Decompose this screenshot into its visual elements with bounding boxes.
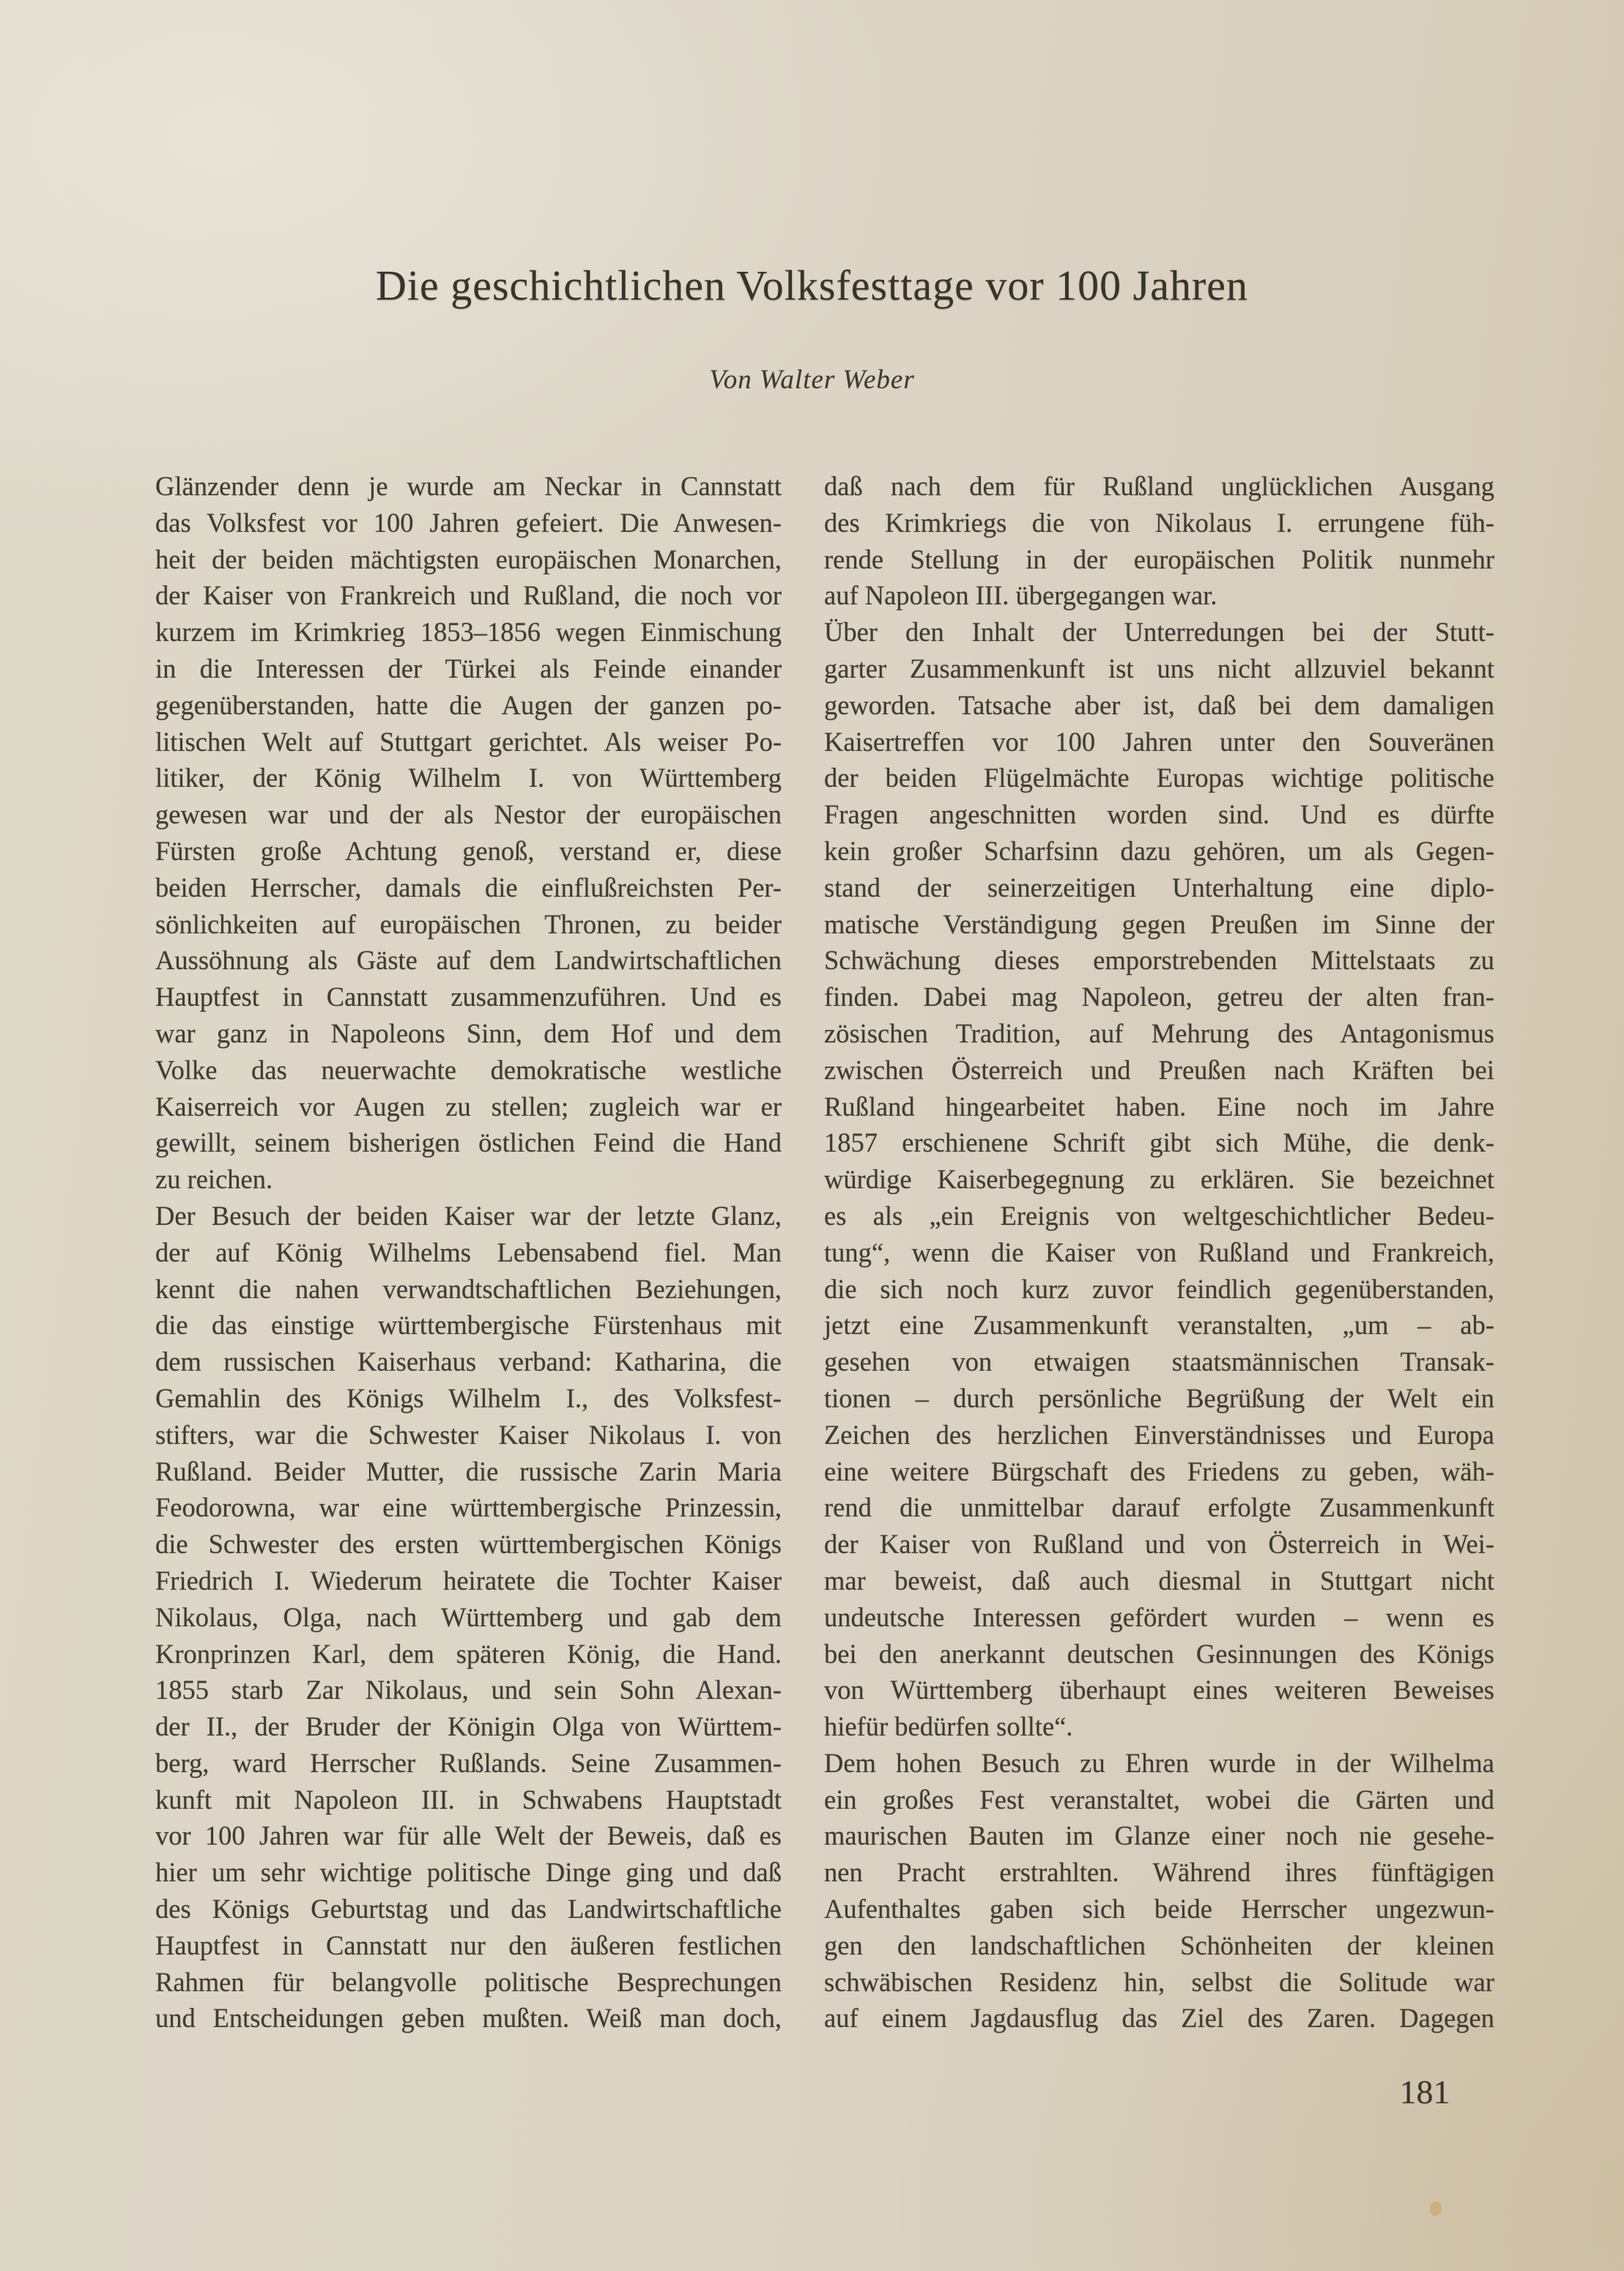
text-line: auf einem Jagdausflug das Ziel des Zaren… xyxy=(824,2000,1494,2037)
text-line: nen Pracht erstrahlten. Während ihres fü… xyxy=(824,1854,1494,1891)
text-line: daß nach dem für Rußland unglücklichen A… xyxy=(824,468,1494,505)
text-line: 1857 erschienene Schrift gibt sich Mühe,… xyxy=(824,1125,1494,1161)
text-line: Nikolaus, Olga, nach Württemberg und gab… xyxy=(155,1599,782,1636)
text-line: sönlichkeiten auf europäischen Thronen, … xyxy=(155,906,782,943)
text-line: es als „ein Ereignis von weltgeschichtli… xyxy=(824,1198,1494,1234)
text-line: gesehen von etwaigen staatsmännischen Tr… xyxy=(824,1344,1494,1380)
text-line: gen den landschaftlichen Schönheiten der… xyxy=(824,1927,1494,1964)
text-line: Rußland hingearbeitet haben. Eine noch i… xyxy=(824,1089,1494,1125)
text-line: stifters, war die Schwester Kaiser Nikol… xyxy=(155,1417,782,1453)
text-line: würdige Kaiserbegegnung zu erklären. Sie… xyxy=(824,1161,1494,1198)
text-line: matische Verständigung gegen Preußen im … xyxy=(824,906,1494,943)
column-right: daß nach dem für Rußland unglücklichen A… xyxy=(824,468,1494,2037)
text-line: heit der beiden mächtigsten europäischen… xyxy=(155,541,782,578)
text-line: des Krimkriegs die von Nikolaus I. errun… xyxy=(824,505,1494,541)
text-line: tionen – durch persönliche Begrüßung der… xyxy=(824,1380,1494,1417)
text-line: rende Stellung in der europäischen Polit… xyxy=(824,541,1494,578)
page-number: 181 xyxy=(1377,2074,1472,2111)
text-line: Rußland. Beider Mutter, die russische Za… xyxy=(155,1453,782,1490)
text-line: schwäbischen Residenz hin, selbst die So… xyxy=(824,1964,1494,2001)
text-line: Dem hohen Besuch zu Ehren wurde in der W… xyxy=(824,1745,1494,1782)
text-line: war ganz in Napoleons Sinn, dem Hof und … xyxy=(155,1015,782,1052)
text-line: gegenüberstanden, hatte die Augen der ga… xyxy=(155,687,782,724)
text-line: hiefür bedürfen sollte“. xyxy=(824,1708,1494,1745)
text-line: Hauptfest in Cannstatt nur den äußeren f… xyxy=(155,1927,782,1964)
text-line: gewillt, seinem bisherigen östlichen Fei… xyxy=(155,1125,782,1161)
text-line: tung“, wenn die Kaiser von Rußland und F… xyxy=(824,1234,1494,1271)
text-line: litiker, der König Wilhelm I. von Württe… xyxy=(155,760,782,796)
text-line: das Volksfest vor 100 Jahren gefeiert. D… xyxy=(155,505,782,541)
text-line: jetzt eine Zusammenkunft veranstalten, „… xyxy=(824,1307,1494,1344)
text-line: maurischen Bauten im Glanze einer noch n… xyxy=(824,1818,1494,1854)
text-line: in die Interessen der Türkei als Feinde … xyxy=(155,651,782,687)
text-line: beiden Herrscher, damals die einflußreic… xyxy=(155,870,782,906)
text-line: litischen Welt auf Stuttgart gerichtet. … xyxy=(155,724,782,760)
text-line: stand der seinerzeitigen Unterhaltung ei… xyxy=(824,870,1494,906)
column-left: Glänzender denn je wurde am Neckar in Ca… xyxy=(155,468,782,2037)
text-columns: Glänzender denn je wurde am Neckar in Ca… xyxy=(155,468,1494,2037)
article-title: Die geschichtlichen Volksfesttage vor 10… xyxy=(0,260,1624,311)
text-line: zwischen Österreich und Preußen nach Krä… xyxy=(824,1052,1494,1089)
text-line: garter Zusammenkunft ist uns nicht allzu… xyxy=(824,651,1494,687)
text-line: Der Besuch der beiden Kaiser war der let… xyxy=(155,1198,782,1234)
text-line: Fragen angeschnitten worden sind. Und es… xyxy=(824,796,1494,833)
text-line: Zeichen des herzlichen Einverständnisses… xyxy=(824,1417,1494,1453)
text-line: Volke das neuerwachte demokratische west… xyxy=(155,1052,782,1089)
text-line: Hauptfest in Cannstatt zusammenzuführen.… xyxy=(155,979,782,1015)
text-line: auf Napoleon III. übergegangen war. xyxy=(824,577,1494,614)
text-line: Schwächung dieses emporstrebenden Mittel… xyxy=(824,942,1494,979)
text-line: vor 100 Jahren war für alle Welt der Bew… xyxy=(155,1818,782,1854)
text-line: ein großes Fest veranstaltet, wobei die … xyxy=(824,1782,1494,1818)
text-line: Kaisertreffen vor 100 Jahren unter den S… xyxy=(824,724,1494,760)
text-line: berg, ward Herrscher Rußlands. Seine Zus… xyxy=(155,1745,782,1782)
text-line: der beiden Flügelmächte Europas wichtige… xyxy=(824,760,1494,796)
text-line: die das einstige württembergische Fürste… xyxy=(155,1307,782,1344)
text-line: Rahmen für belangvolle politische Bespre… xyxy=(155,1964,782,2001)
text-line: eine weitere Bürgschaft des Friedens zu … xyxy=(824,1453,1494,1490)
text-line: kunft mit Napoleon III. in Schwabens Hau… xyxy=(155,1782,782,1818)
text-line: dem russischen Kaiserhaus verband: Katha… xyxy=(155,1344,782,1380)
text-line: die Schwester des ersten württembergisch… xyxy=(155,1526,782,1563)
text-line: kennt die nahen verwandtschaftlichen Bez… xyxy=(155,1271,782,1308)
text-line: Aufenthaltes gaben sich beide Herrscher … xyxy=(824,1891,1494,1927)
text-line: gewesen war und der als Nestor der europ… xyxy=(155,796,782,833)
text-line: mar beweist, daß auch diesmal in Stuttga… xyxy=(824,1563,1494,1599)
text-line: zu reichen. xyxy=(155,1161,782,1198)
text-line: kurzem im Krimkrieg 1853–1856 wegen Einm… xyxy=(155,614,782,651)
text-line: Friedrich I. Wiederum heiratete die Toch… xyxy=(155,1563,782,1599)
text-line: der auf König Wilhelms Lebensabend fiel.… xyxy=(155,1234,782,1271)
text-line: zösischen Tradition, auf Mehrung des Ant… xyxy=(824,1015,1494,1052)
text-line: geworden. Tatsache aber ist, daß bei dem… xyxy=(824,687,1494,724)
text-line: Feodorowna, war eine württembergische Pr… xyxy=(155,1489,782,1526)
text-line: und Entscheidungen geben mußten. Weiß ma… xyxy=(155,2000,782,2037)
text-line: des Königs Geburtstag und das Landwirtsc… xyxy=(155,1891,782,1927)
article-byline: Von Walter Weber xyxy=(0,363,1624,397)
text-line: Kronprinzen Karl, dem späteren König, di… xyxy=(155,1636,782,1672)
text-line: der II., der Bruder der Königin Olga von… xyxy=(155,1708,782,1745)
text-line: kein großer Scharfsinn dazu gehören, um … xyxy=(824,833,1494,870)
text-line: Kaiserreich vor Augen zu stellen; zuglei… xyxy=(155,1089,782,1125)
text-line: die sich noch kurz zuvor feindlich gegen… xyxy=(824,1271,1494,1308)
text-line: 1855 starb Zar Nikolaus, und sein Sohn A… xyxy=(155,1672,782,1708)
text-line: undeutsche Interessen gefördert wurden –… xyxy=(824,1599,1494,1636)
text-line: rend die unmittelbar darauf erfolgte Zus… xyxy=(824,1489,1494,1526)
text-line: Gemahlin des Königs Wilhelm I., des Volk… xyxy=(155,1380,782,1417)
text-line: der Kaiser von Rußland und von Österreic… xyxy=(824,1526,1494,1563)
text-line: Über den Inhalt der Unterredungen bei de… xyxy=(824,614,1494,651)
paper-blemish xyxy=(1430,2201,1442,2216)
text-line: von Württemberg überhaupt eines weiteren… xyxy=(824,1672,1494,1708)
text-line: finden. Dabei mag Napoleon, getreu der a… xyxy=(824,979,1494,1015)
text-line: hier um sehr wichtige politische Dinge g… xyxy=(155,1854,782,1891)
text-line: Aussöhnung als Gäste auf dem Landwirtsch… xyxy=(155,942,782,979)
text-line: bei den anerkannt deutschen Gesinnungen … xyxy=(824,1636,1494,1672)
text-line: Fürsten große Achtung genoß, verstand er… xyxy=(155,833,782,870)
book-page: Die geschichtlichen Volksfesttage vor 10… xyxy=(0,0,1624,2271)
text-line: Glänzender denn je wurde am Neckar in Ca… xyxy=(155,468,782,505)
text-line: der Kaiser von Frankreich und Rußland, d… xyxy=(155,577,782,614)
